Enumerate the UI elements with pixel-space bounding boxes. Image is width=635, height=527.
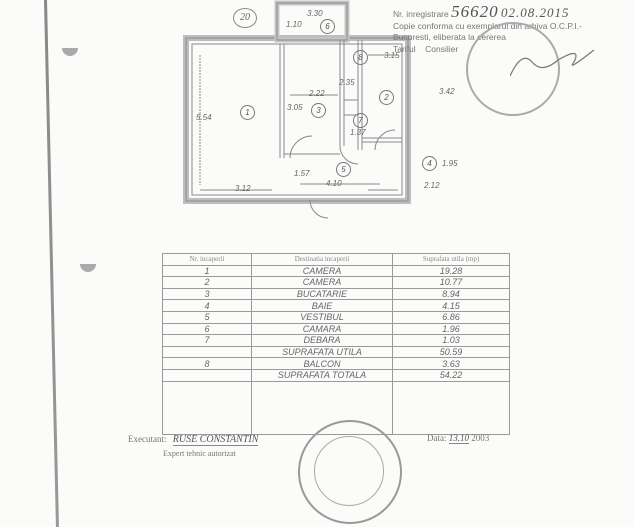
col-header-nr: Nr. incaperii: [163, 254, 252, 266]
dim-room6-height: 1.10: [286, 20, 302, 29]
cell-dest: CAMARA: [252, 323, 393, 335]
cell-nr: 8: [163, 358, 252, 370]
table-row: 6CAMARA1.96: [163, 323, 510, 335]
dim-room5-b: 4.10: [326, 179, 342, 188]
cell-area: 19.28: [393, 265, 510, 277]
signature-mark: [510, 42, 610, 82]
dim-room1-height: 5.54: [196, 113, 212, 122]
reg-number: 56620: [451, 2, 499, 21]
table-row: 2CAMERA10.77: [163, 277, 510, 289]
cell-nr: 6: [163, 323, 252, 335]
room-label-2: 2: [379, 90, 394, 105]
cell-empty: [393, 381, 510, 434]
cell-empty: [163, 381, 252, 434]
room-label-4: 4: [422, 156, 437, 171]
dim-room4-width: 2.12: [424, 181, 440, 190]
dim-corridor: 2.35: [339, 78, 355, 87]
table-row: SUPRAFATA UTILA50.59: [163, 346, 510, 358]
cell-nr: 2: [163, 277, 252, 289]
table-row: 7DEBARA1.03: [163, 335, 510, 347]
cell-nr: 4: [163, 300, 252, 312]
date-year: 2003: [471, 433, 489, 443]
room-label-6: 6: [320, 19, 335, 34]
dim-room6-width: 3.30: [307, 9, 323, 18]
date-label: Data:: [427, 433, 447, 443]
room-label-7: 7: [353, 113, 368, 128]
table-row: SUPRAFATA TOTALA54.22: [163, 369, 510, 381]
dim-room4-height: 1.95: [442, 159, 458, 168]
table-row: 8BALCON3.63: [163, 358, 510, 370]
dim-room3-height: 3.05: [287, 103, 303, 112]
cell-nr: [163, 369, 252, 381]
expert-label: Expert tehnic autorizat: [163, 449, 236, 458]
dim-room7: 1.37: [350, 128, 366, 137]
cell-nr: 7: [163, 335, 252, 347]
dim-room5-a: 1.57: [294, 169, 310, 178]
dim-room3-width: 2.22: [309, 89, 325, 98]
table-row: 1CAMERA19.28: [163, 265, 510, 277]
rooms-table: Nr. incaperii Destinatia incaperii Supra…: [162, 253, 510, 435]
room-label-5: 5: [336, 162, 351, 177]
date-line: Data: 13.10 2003: [427, 433, 489, 443]
cell-area: 4.15: [393, 300, 510, 312]
cell-dest: BUCATARIE: [252, 288, 393, 300]
cell-dest: DEBARA: [252, 335, 393, 347]
cell-area: 3.63: [393, 358, 510, 370]
punch-hole: [80, 264, 96, 272]
cell-area: 6.86: [393, 311, 510, 323]
cell-nr: 3: [163, 288, 252, 300]
room-label-3: 3: [311, 103, 326, 118]
cell-area: 1.96: [393, 323, 510, 335]
room-label-8: 8: [353, 50, 368, 65]
ministry-stamp-inner: [314, 436, 384, 506]
cell-dest: SUPRAFATA TOTALA: [252, 369, 393, 381]
table-row: 5VESTIBUL6.86: [163, 311, 510, 323]
table-row: 4BAIE4.15: [163, 300, 510, 312]
cell-nr: 1: [163, 265, 252, 277]
reg-fee-label: Tariful: [393, 44, 416, 54]
reg-officer-label: Consilier: [425, 44, 458, 54]
executant-label: Executant:: [128, 434, 166, 444]
col-header-dest: Destinatia incaperii: [252, 254, 393, 266]
col-header-area: Suprafata utila (mp): [393, 254, 510, 266]
cell-area: 54.22: [393, 369, 510, 381]
executant-signature: RUSE CONSTANTIN: [173, 434, 259, 446]
cell-dest: BAIE: [252, 300, 393, 312]
dim-room2-height: 3.42: [439, 87, 455, 96]
reg-number-label: Nr. inregistrare: [393, 9, 449, 19]
cell-area: 1.03: [393, 335, 510, 347]
cell-nr: [163, 346, 252, 358]
cell-dest: CAMERA: [252, 277, 393, 289]
dim-room1-width: 3.12: [235, 184, 251, 193]
cell-dest: VESTIBUL: [252, 311, 393, 323]
date-handwritten: 13.10: [449, 433, 469, 444]
room-label-1: 1: [240, 105, 255, 120]
cell-area: 8.94: [393, 288, 510, 300]
cell-area: 10.77: [393, 277, 510, 289]
cell-dest: SUPRAFATA UTILA: [252, 346, 393, 358]
reg-date: 02.08.2015: [501, 5, 570, 20]
cell-dest: BALCON: [252, 358, 393, 370]
cell-dest: CAMERA: [252, 265, 393, 277]
executant-line: Executant: RUSE CONSTANTIN: [128, 434, 258, 445]
cell-area: 50.59: [393, 346, 510, 358]
cell-nr: 5: [163, 311, 252, 323]
table-row: 3BUCATARIE8.94: [163, 288, 510, 300]
